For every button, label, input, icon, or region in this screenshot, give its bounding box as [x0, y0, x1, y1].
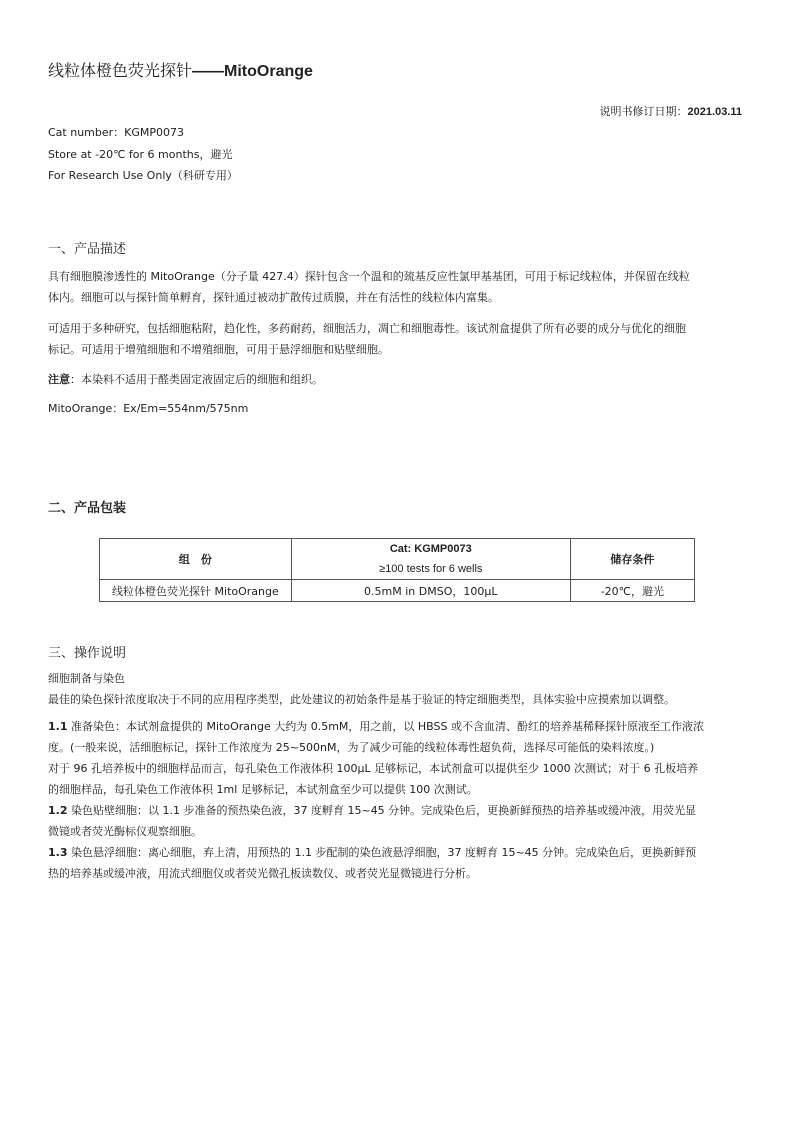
section-heading-instructions: 三、操作说明 — [48, 642, 126, 661]
intro-paragraph: 最佳的染色探针浓度取决于不同的应用程序类型，此处建议的初始条件是基于验证的特定细… — [48, 689, 748, 710]
text-line: 可适用于多种研究，包括细胞粘附，趋化性，多药耐药，细胞活力，凋亡和细胞毒性。该试… — [48, 318, 748, 339]
header-component: 组 份 — [100, 539, 292, 580]
storage-info: Store at -20℃ for 6 months，避光 — [48, 146, 233, 162]
text-line: 的细胞样品，每孔染色工作液体积 1ml 足够标记，本试剂盒至少可以提供 100 … — [48, 779, 748, 800]
step-text: 准备染色：本试剂盒提供的 MitoOrange 大约为 0.5mM，用之前，以 … — [68, 720, 705, 733]
text-line: 度。(一般来说，活细胞标记，探针工作浓度为 25~500nM，为了减少可能的线粒… — [48, 737, 748, 758]
section-heading-description: 一、产品描述 — [48, 238, 126, 257]
step-1-2: 1.2 染色贴壁细胞：以 1.1 步准备的预热染色液，37 度孵育 15~45 … — [48, 800, 748, 842]
step-1-3: 1.3 染色悬浮细胞：离心细胞，弃上清，用预热的 1.1 步配制的染色液悬浮细胞… — [48, 842, 748, 884]
cell-component: 线粒体橙色荧光探针 MitoOrange — [100, 580, 292, 602]
step-text: 染色贴壁细胞：以 1.1 步准备的预热染色液，37 度孵育 15~45 分钟。完… — [68, 804, 697, 817]
research-use-notice: For Research Use Only（科研专用） — [48, 167, 238, 183]
header-storage-label: 储存条件 — [610, 553, 654, 566]
title-english: MitoOrange — [224, 63, 313, 80]
subheading-cell-prep: 细胞制备与染色 — [48, 668, 748, 689]
header-storage: 储存条件 — [570, 539, 694, 580]
step-number: 1.3 — [48, 846, 68, 859]
revision-label: 说明书修订日期： — [600, 105, 688, 118]
text-line: 体内。细胞可以与探针简单孵育，探针通过被动扩散传过质膜，并在有活性的线粒体内富集… — [48, 287, 748, 308]
note-paragraph: 注意：本染料不适用于醛类固定液固定后的细胞和组织。 — [48, 369, 748, 390]
header-tests: ≥100 tests for 6 wells — [292, 559, 570, 579]
note-text: ：本染料不适用于醛类固定液固定后的细胞和组织。 — [70, 373, 323, 386]
header-component-label: 组 份 — [179, 553, 212, 566]
cell-spec: 0.5mM in DMSO，100μL — [291, 580, 570, 602]
text-line: 微镜或者荧光酶标仪观察细胞。 — [48, 821, 748, 842]
header-cat: Cat: KGMP0073 ≥100 tests for 6 wells — [291, 539, 570, 580]
text-line: 1.1 准备染色：本试剂盒提供的 MitoOrange 大约为 0.5mM，用之… — [48, 716, 748, 737]
section-heading-packaging: 二、产品包装 — [48, 497, 126, 516]
step-number: 1.2 — [48, 804, 68, 817]
title-chinese: 线粒体橙色荧光探针 — [48, 61, 192, 80]
text-line: 1.2 染色贴壁细胞：以 1.1 步准备的预热染色液，37 度孵育 15~45 … — [48, 800, 748, 821]
title-dash: —— — [192, 63, 224, 80]
step-number: 1.1 — [48, 720, 68, 733]
description-paragraph-2: 可适用于多种研究，包括细胞粘附，趋化性，多药耐药，细胞活力，凋亡和细胞毒性。该试… — [48, 318, 748, 360]
cat-number: Cat number：KGMP0073 — [48, 124, 184, 140]
table-row: 线粒体橙色荧光探针 MitoOrange 0.5mM in DMSO，100μL… — [100, 580, 695, 602]
step-1-1: 1.1 准备染色：本试剂盒提供的 MitoOrange 大约为 0.5mM，用之… — [48, 716, 748, 800]
note-label: 注意 — [48, 373, 70, 386]
text-line: 具有细胞膜渗透性的 MitoOrange（分子量 427.4）探针包含一个温和的… — [48, 266, 748, 287]
text-line: 1.3 染色悬浮细胞：离心细胞，弃上清，用预热的 1.1 步配制的染色液悬浮细胞… — [48, 842, 748, 863]
table-header-row: 组 份 Cat: KGMP0073 ≥100 tests for 6 wells… — [100, 539, 695, 580]
text-line: 标记。可适用于增殖细胞和不增殖细胞，可用于悬浮细胞和贴壁细胞。 — [48, 339, 748, 360]
text-line: 对于 96 孔培养板中的细胞样品而言，每孔染色工作液体积 100μL 足够标记，… — [48, 758, 748, 779]
excitation-emission: MitoOrange：Ex/Em=554nm/575nm — [48, 398, 748, 419]
document-title: 线粒体橙色荧光探针——MitoOrange — [48, 58, 313, 81]
step-text: 染色悬浮细胞：离心细胞，弃上清，用预热的 1.1 步配制的染色液悬浮细胞，37 … — [68, 846, 697, 859]
packaging-table: 组 份 Cat: KGMP0073 ≥100 tests for 6 wells… — [99, 538, 695, 602]
description-paragraph-1: 具有细胞膜渗透性的 MitoOrange（分子量 427.4）探针包含一个温和的… — [48, 266, 748, 308]
text-line: 热的培养基或缓冲液，用流式细胞仪或者荧光微孔板读数仪、或者荧光显微镜进行分析。 — [48, 863, 748, 884]
cell-storage: -20℃，避光 — [570, 580, 694, 602]
header-cat-number: Cat: KGMP0073 — [292, 539, 570, 559]
revision-date-value: 2021.03.11 — [688, 106, 742, 118]
revision-date: 说明书修订日期：2021.03.11 — [600, 103, 742, 119]
